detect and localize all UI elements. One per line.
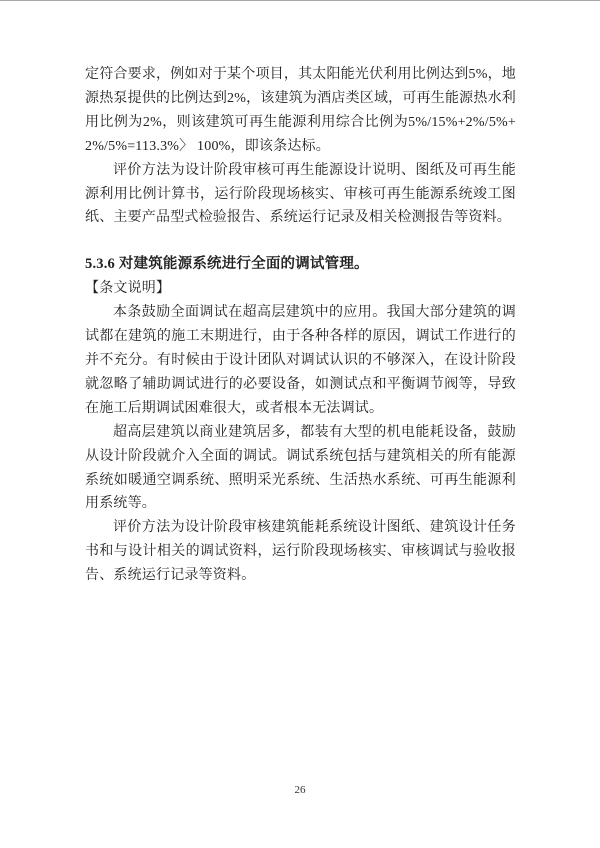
paragraph-commissioning-scope: 超高层建筑以商业建筑居多，都装有大型的机电能耗设备，鼓励从设计阶段就介入全面的调… bbox=[85, 421, 516, 517]
clause-explanation-label: 【条文说明】 bbox=[85, 277, 516, 301]
document-body: 定符合要求，例如对于某个项目，其太阳能光伏利用比例达到5%，地源热泵提供的比例达… bbox=[85, 63, 516, 588]
document-page: 定符合要求，例如对于某个项目，其太阳能光伏利用比例达到5%，地源热泵提供的比例达… bbox=[0, 0, 600, 848]
paragraph-evaluation-method-536-prev: 评价方法为设计阶段审核可再生能源设计说明、图纸及可再生能源利用比例计算书，运行阶… bbox=[85, 159, 516, 231]
section-heading-5-3-6: 5.3.6 对建筑能源系统进行全面的调试管理。 bbox=[85, 253, 516, 277]
paragraph-commissioning-intro: 本条鼓励全面调试在超高层建筑中的应用。我国大部分建筑的调试都在建筑的施工末期进行… bbox=[85, 301, 516, 421]
paragraph-continuation: 定符合要求，例如对于某个项目，其太阳能光伏利用比例达到5%，地源热泵提供的比例达… bbox=[85, 63, 516, 159]
paragraph-evaluation-method-5-3-6: 评价方法为设计阶段审核建筑能耗系统设计图纸、建筑设计任务书和与设计相关的调试资料… bbox=[85, 516, 516, 588]
page-number: 26 bbox=[0, 784, 600, 796]
